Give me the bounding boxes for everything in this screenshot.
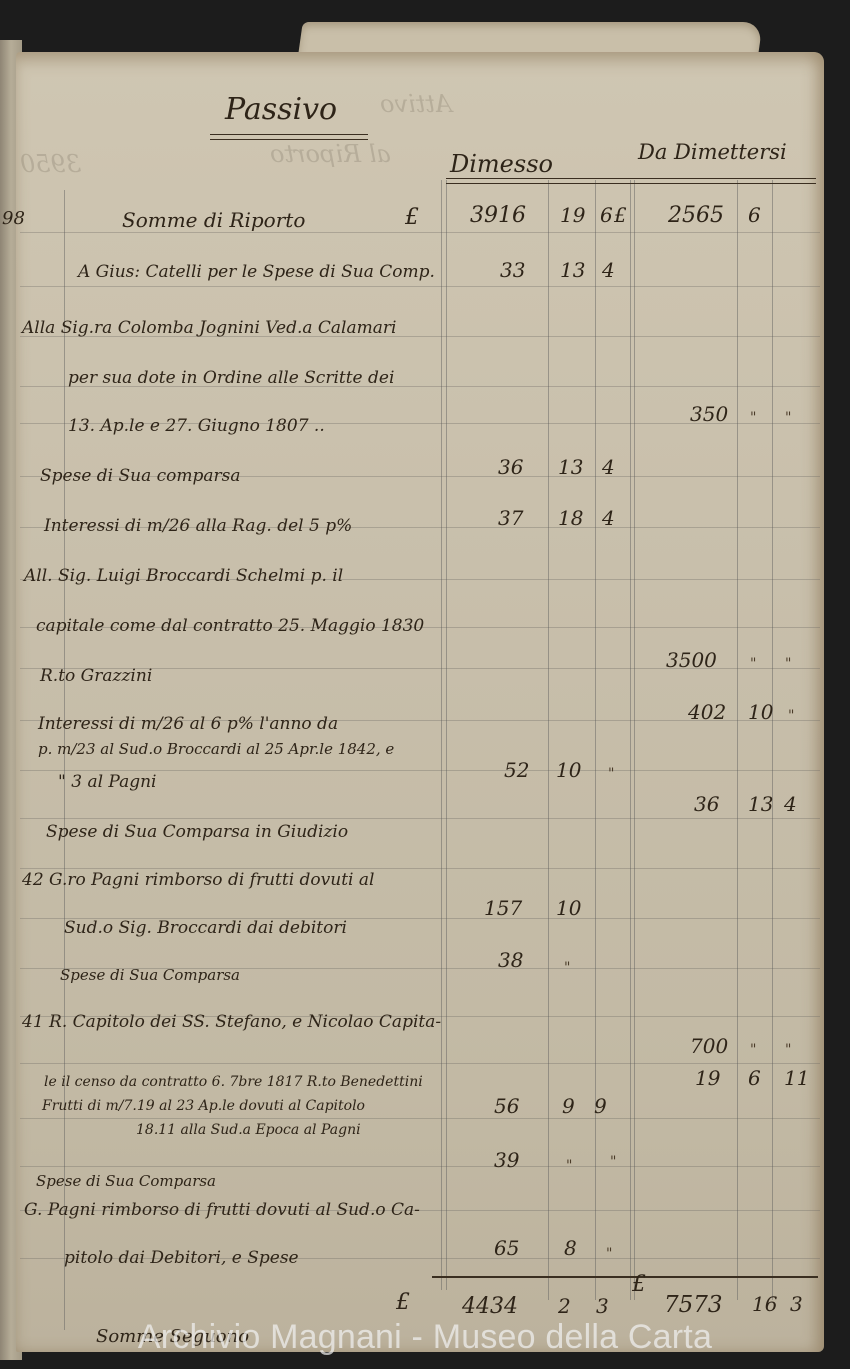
paid-denari: 4 [602,258,615,282]
entry-description: Frutti di m/7.19 al 23 Ap.le dovuti al C… [42,1098,365,1114]
currency-symbol: £ [405,205,419,230]
margin-number: 98 [2,208,25,229]
paid-soldi: 8 [564,1236,577,1260]
ditto-mark: " [785,656,791,672]
column-header-paid: Dimesso [450,150,553,178]
currency-symbol: £ [632,1272,646,1297]
column-rule [595,180,596,1300]
column-rule [737,180,738,1300]
to-pay-lire: 350 [690,402,728,426]
ruled-line [20,1166,820,1167]
paid-denari: 6 [600,203,613,227]
ruled-line [20,232,820,233]
entry-description: 18.11 alla Sud.a Epoca al Pagni [136,1122,361,1138]
totals-rule [432,1276,818,1278]
currency-symbol: £ [614,203,627,227]
entry-description: A Gius: Catelli per le Spese di Sua Comp… [78,262,435,282]
bleed-through-text: 3950 [20,150,81,178]
bleed-through-text: al Riporto [270,140,391,168]
margin-rule [64,190,65,1330]
title-underline [210,134,368,140]
entry-description: " 3 al Pagni [58,772,157,792]
bleed-through-text: Attivo [380,90,452,118]
paid-soldi: 10 [556,896,581,920]
paid-soldi: 18 [558,506,583,530]
paid-lire: 37 [498,506,523,530]
to-pay-lire: 2565 [668,203,724,228]
to-pay-soldi: 6 [748,1066,761,1090]
ditto-mark: " [608,766,614,782]
entry-description: 42 G.ro Pagni rimborso di frutti dovuti … [22,870,374,890]
entry-description: per sua dote in Ordine alle Scritte dei [68,368,394,388]
entry-description: Interessi di m/26 al 6 p% l'anno da [38,714,338,734]
paid-lire: 56 [494,1094,519,1118]
ditto-mark: " [788,708,794,724]
entry-description: Somme di Riporto [122,208,305,232]
entry-description: pitolo dai Debitori, e Spese [64,1248,299,1268]
header-rule [446,178,816,184]
entry-description: p. m/23 al Sud.o Broccardi al 25 Apr.le … [38,740,394,758]
column-rule [446,180,447,1290]
to-pay-denari: 11 [784,1066,809,1090]
entry-description: 41 R. Capitolo dei SS. Stefano, e Nicola… [22,1012,441,1032]
paid-denari: 4 [602,455,615,479]
total-to-pay-denari: 3 [790,1292,803,1316]
archive-watermark: Archivio Magnani - Museo della Carta [0,1318,850,1357]
entry-description: Spese di Sua Comparsa [60,966,240,984]
column-header-to-pay: Da Dimettersi [638,140,787,164]
paid-lire: 157 [484,896,522,920]
paid-denari: 4 [602,506,615,530]
entry-description: All. Sig. Luigi Broccardi Schelmi p. il [24,566,343,586]
paid-lire: 52 [504,758,529,782]
column-rule [634,180,635,1300]
ditto-mark: " [564,960,570,976]
column-rule [630,180,631,1300]
entry-description: G. Pagni rimborso di frutti dovuti al Su… [24,1200,420,1220]
total-to-pay-soldi: 16 [752,1292,777,1316]
paid-soldi: 19 [560,203,585,227]
entry-description: Sud.o Sig. Broccardi dai debitori [64,918,347,938]
to-pay-lire: 3500 [666,648,717,672]
column-rule [772,180,773,1300]
entry-description: le il censo da contratto 6. 7bre 1817 R.… [44,1074,423,1090]
to-pay-soldi: 6 [748,203,761,227]
paid-lire: 3916 [470,203,526,228]
to-pay-soldi: 10 [748,700,773,724]
entry-description: capitale come dal contratto 25. Maggio 1… [36,616,424,636]
to-pay-lire: 36 [694,792,719,816]
page-title: Passivo [225,92,337,127]
ruled-line [20,868,820,869]
total-paid-soldi: 2 [558,1294,571,1318]
ditto-mark: " [750,656,756,672]
to-pay-denari: 4 [784,792,797,816]
ditto-mark: " [750,1042,756,1058]
to-pay-lire: 700 [690,1034,728,1058]
paid-soldi: 13 [560,258,585,282]
paid-soldi: 10 [556,758,581,782]
total-to-pay-lire: 7573 [664,1292,723,1318]
ruled-line [20,818,820,819]
ruled-line [20,286,820,287]
column-rule [441,180,442,1290]
ditto-mark: " [566,1158,572,1174]
paid-denari: 9 [594,1094,607,1118]
ruled-line [20,770,820,771]
entry-description: Spese di Sua Comparsa [36,1172,216,1190]
ditto-mark: " [610,1154,616,1170]
ditto-mark: " [785,410,791,426]
ditto-mark: " [606,1246,612,1262]
paid-lire: 39 [494,1148,519,1172]
paid-lire: 36 [498,455,523,479]
paid-soldi: 9 [562,1094,575,1118]
paid-lire: 65 [494,1236,519,1260]
paid-soldi: 13 [558,455,583,479]
entry-description: Spese di Sua comparsa [40,466,241,486]
total-paid-lire: 4434 [462,1294,518,1319]
ruled-line [20,1118,820,1119]
to-pay-lire: 19 [695,1066,720,1090]
currency-symbol: £ [396,1290,410,1315]
entry-description: 13. Ap.le e 27. Giugno 1807 .. [68,416,325,436]
to-pay-lire: 402 [688,700,726,724]
paid-lire: 38 [498,948,523,972]
ditto-mark: " [750,410,756,426]
total-paid-denari: 3 [596,1294,609,1318]
paid-lire: 33 [500,258,525,282]
ditto-mark: " [785,1042,791,1058]
to-pay-soldi: 13 [748,792,773,816]
entry-description: Interessi di m/26 alla Rag. del 5 p% [44,516,352,536]
entry-description: Alla Sig.ra Colomba Jognini Ved.a Calama… [22,318,396,338]
ruled-line [20,1063,820,1064]
entry-description: R.to Grazzini [40,666,152,686]
column-rule [548,180,549,1300]
entry-description: Spese di Sua Comparsa in Giudizio [46,822,348,842]
